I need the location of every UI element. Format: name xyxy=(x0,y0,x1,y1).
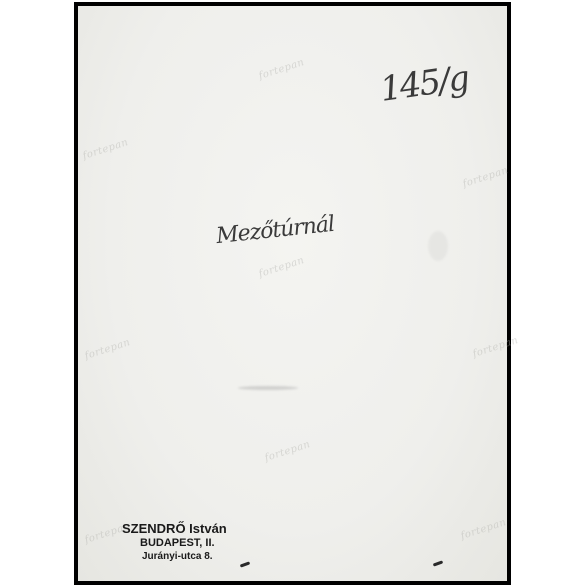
ink-mark xyxy=(433,560,443,566)
watermark: fortepan xyxy=(257,255,305,280)
smudge xyxy=(238,386,298,390)
inventory-number: 145/g xyxy=(378,58,471,110)
watermark: fortepan xyxy=(461,165,509,190)
ink-mark xyxy=(240,561,250,567)
watermark: fortepan xyxy=(81,137,129,162)
stamp-street: Jurányi-utca 8. xyxy=(122,550,227,564)
photo-back-paper: fortepan fortepan fortepan fortepan fort… xyxy=(78,6,507,581)
photographer-stamp: SZENDRŐ István BUDAPEST, II. Jurányi-utc… xyxy=(122,522,227,564)
handwritten-location: Mezőtúrnál xyxy=(215,212,335,249)
watermark: fortepan xyxy=(83,337,131,362)
watermark: fortepan xyxy=(263,439,311,464)
photo-card: fortepan fortepan fortepan fortepan fort… xyxy=(74,2,511,585)
stamp-name: SZENDRŐ István xyxy=(122,522,227,536)
watermark: fortepan xyxy=(471,335,519,360)
watermark: fortepan xyxy=(257,57,305,82)
stamp-city: BUDAPEST, II. xyxy=(122,536,227,550)
watermark: fortepan xyxy=(459,517,507,542)
smudge xyxy=(428,231,448,261)
